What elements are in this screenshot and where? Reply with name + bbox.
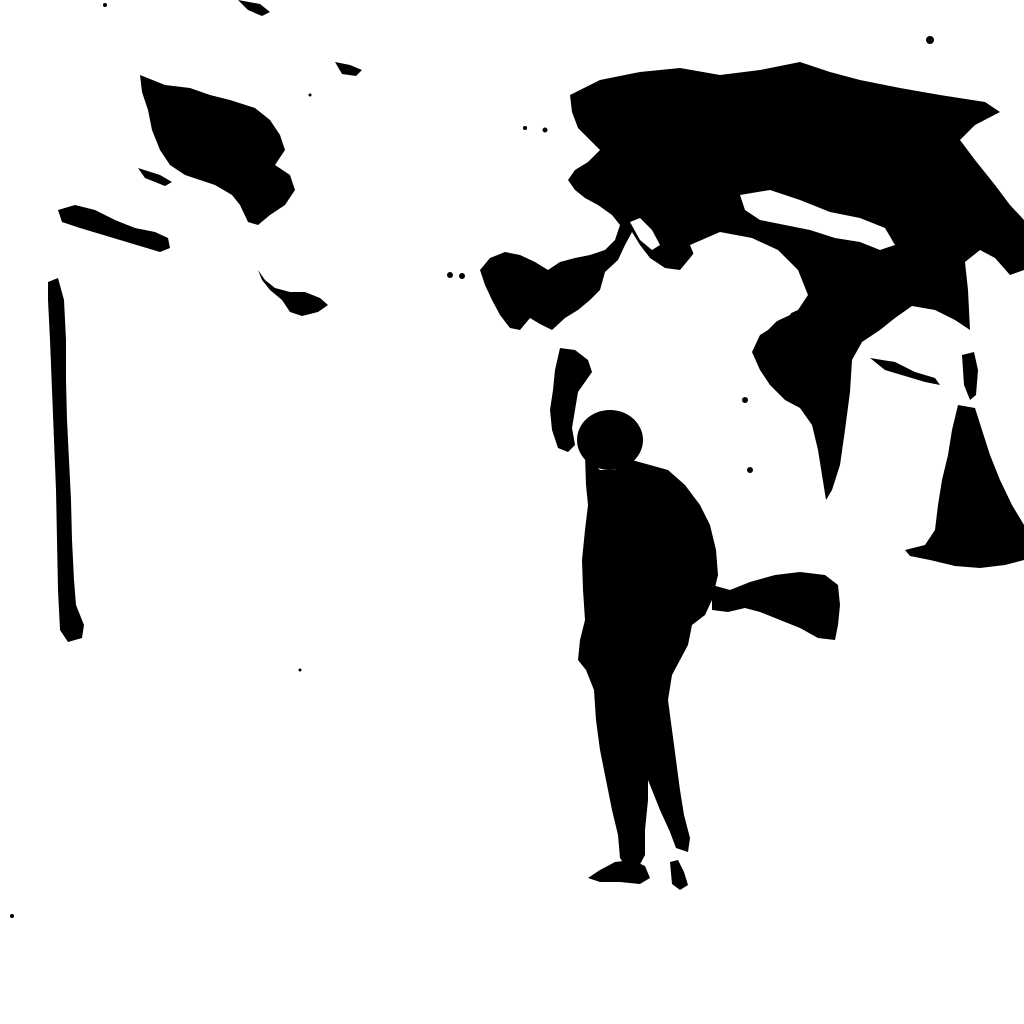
thresholded-photo: [0, 0, 1024, 1024]
